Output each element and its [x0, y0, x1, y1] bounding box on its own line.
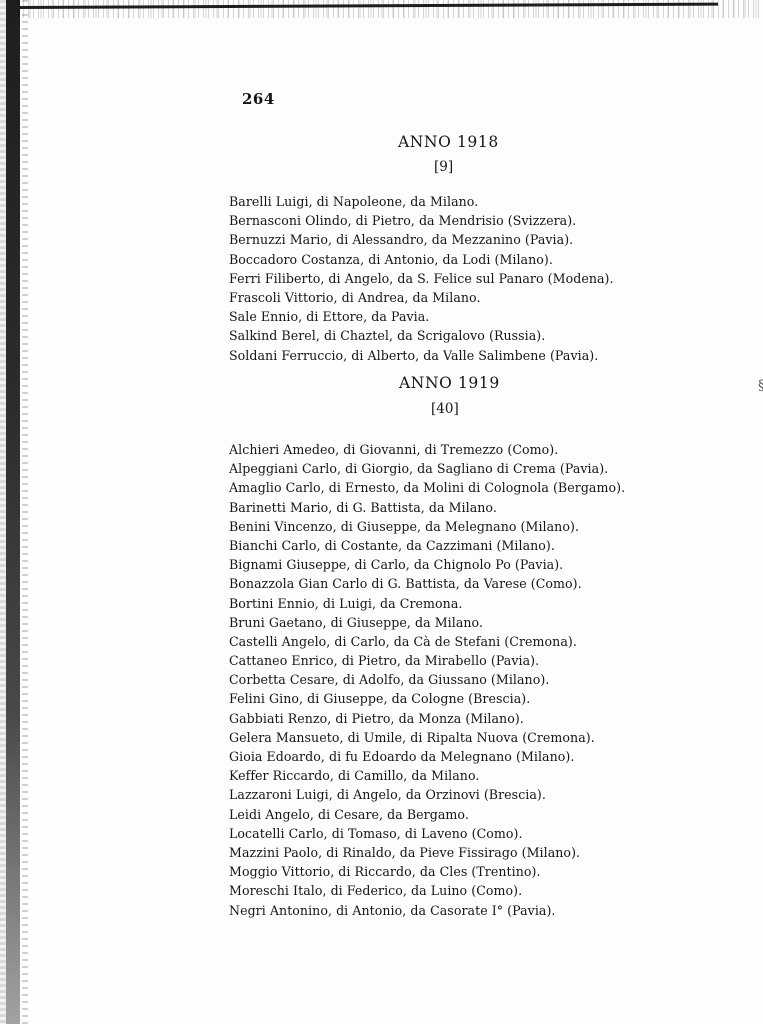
list-item: Corbetta Cesare, di Adolfo, da Giussano …: [229, 670, 625, 689]
list-item: Amaglio Carlo, di Ernesto, da Molini di …: [229, 478, 625, 497]
list-item: Alchieri Amedeo, di Giovanni, di Tremezz…: [229, 440, 625, 459]
section-heading-1919: ANNO 1919: [399, 374, 500, 392]
list-item: Ferri Filiberto, di Angelo, da S. Felice…: [229, 269, 614, 288]
list-item: Moreschi Italo, di Federico, da Luino (C…: [229, 881, 625, 900]
list-item: Gioia Edoardo, di fu Edoardo da Melegnan…: [229, 747, 625, 766]
list-item: Lazzaroni Luigi, di Angelo, da Orzinovi …: [229, 785, 625, 804]
list-item: Bernasconi Olindo, di Pietro, da Mendris…: [229, 211, 614, 230]
list-item: Salkind Berel, di Chaztel, da Scrigalovo…: [229, 326, 614, 345]
binding-shadow: [6, 0, 20, 1024]
section-count-1919: [40]: [431, 401, 459, 417]
list-item: Gelera Mansueto, di Umile, di Ripalta Nu…: [229, 728, 625, 747]
page-number: 264: [242, 90, 275, 108]
list-item: Felini Gino, di Giuseppe, da Cologne (Br…: [229, 689, 625, 708]
list-item: Bignami Giuseppe, di Carlo, da Chignolo …: [229, 555, 625, 574]
list-item: Alpeggiani Carlo, di Giorgio, da Saglian…: [229, 459, 625, 478]
list-item: Bruni Gaetano, di Giuseppe, da Milano.: [229, 613, 625, 632]
list-item: Sale Ennio, di Ettore, da Pavia.: [229, 307, 614, 326]
entry-list-1918: Barelli Luigi, di Napoleone, da Milano. …: [229, 192, 614, 365]
section-count-1918: [9]: [434, 159, 453, 175]
list-item: Barinetti Mario, di G. Battista, da Mila…: [229, 498, 625, 517]
list-item: Bortini Ennio, di Luigi, da Cremona.: [229, 594, 625, 613]
list-item: Bernuzzi Mario, di Alessandro, da Mezzan…: [229, 230, 614, 249]
list-item: Keffer Riccardo, di Camillo, da Milano.: [229, 766, 625, 785]
list-item: Castelli Angelo, di Carlo, da Cà de Stef…: [229, 632, 625, 651]
scanned-page: 264 ANNO 1918 [9] Barelli Luigi, di Napo…: [0, 0, 763, 1024]
list-item: Boccadoro Costanza, di Antonio, da Lodi …: [229, 250, 614, 269]
list-item: Negri Antonino, di Antonio, da Casorate …: [229, 901, 625, 920]
list-item: Mazzini Paolo, di Rinaldo, da Pieve Fiss…: [229, 843, 625, 862]
list-item: Cattaneo Enrico, di Pietro, da Mirabello…: [229, 651, 625, 670]
list-item: Moggio Vittorio, di Riccardo, da Cles (T…: [229, 862, 625, 881]
list-item: Benini Vincenzo, di Giuseppe, da Melegna…: [229, 517, 625, 536]
list-item: Locatelli Carlo, di Tomaso, di Laveno (C…: [229, 824, 625, 843]
list-item: Barelli Luigi, di Napoleone, da Milano.: [229, 192, 614, 211]
list-item: Soldani Ferruccio, di Alberto, da Valle …: [229, 346, 614, 365]
entry-list-1919: Alchieri Amedeo, di Giovanni, di Tremezz…: [229, 440, 625, 920]
section-heading-1918: ANNO 1918: [398, 133, 499, 151]
margin-mark: §: [758, 378, 763, 394]
binding-highlight: [22, 0, 28, 1024]
list-item: Frascoli Vittorio, di Andrea, da Milano.: [229, 288, 614, 307]
list-item: Bianchi Carlo, di Costante, da Cazzimani…: [229, 536, 625, 555]
list-item: Leidi Angelo, di Cesare, da Bergamo.: [229, 805, 625, 824]
list-item: Bonazzola Gian Carlo di G. Battista, da …: [229, 574, 625, 593]
list-item: Gabbiati Renzo, di Pietro, da Monza (Mil…: [229, 709, 625, 728]
